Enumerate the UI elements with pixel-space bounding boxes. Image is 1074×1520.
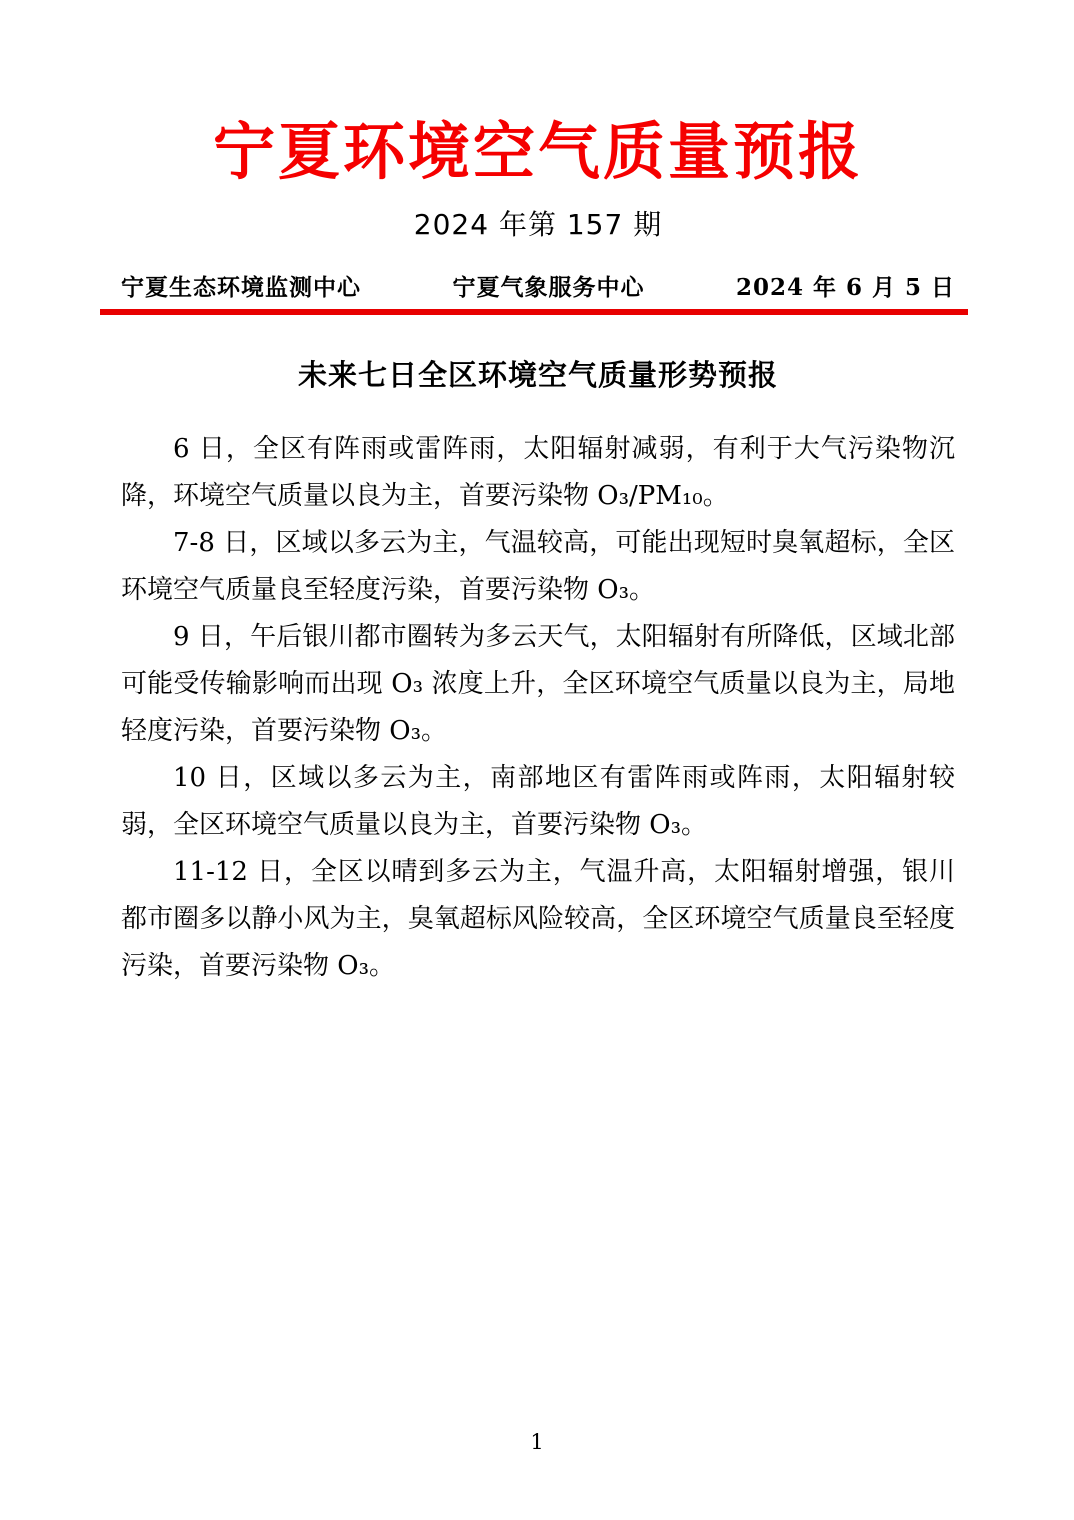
document-page: 宁夏环境空气质量预报 2024 年第 157 期 宁夏生态环境监测中心 宁夏气象… — [0, 0, 1074, 1520]
forecast-paragraph-day11-12: 11-12 日，全区以晴到多云为主，气温升高，太阳辐射增强，银川都市圈多以静小风… — [121, 849, 955, 990]
page-number: 1 — [0, 1430, 1074, 1454]
section-heading: 未来七日全区环境空气质量形势预报 — [121, 353, 955, 394]
red-divider-rule — [100, 309, 968, 315]
agency-name-meteorological-center: 宁夏气象服务中心 — [452, 269, 644, 302]
document-title: 宁夏环境空气质量预报 — [121, 116, 955, 187]
forecast-paragraph-day6: 6 日，全区有阵雨或雷阵雨，太阳辐射减弱，有利于大气污染物沉降，环境空气质量以良… — [121, 426, 955, 520]
page-content: 宁夏环境空气质量预报 2024 年第 157 期 宁夏生态环境监测中心 宁夏气象… — [0, 116, 1074, 990]
agency-header-row: 宁夏生态环境监测中心 宁夏气象服务中心 2024 年 6 月 5 日 — [121, 269, 955, 302]
forecast-paragraph-day10: 10 日，区域以多云为主，南部地区有雷阵雨或阵雨，太阳辐射较弱，全区环境空气质量… — [121, 755, 955, 849]
forecast-paragraph-day9: 9 日，午后银川都市圈转为多云天气，太阳辐射有所降低，区域北部可能受传输影响而出… — [121, 614, 955, 755]
agency-name-monitoring-center: 宁夏生态环境监测中心 — [121, 269, 361, 302]
issue-date: 2024 年 6 月 5 日 — [736, 269, 955, 302]
forecast-paragraph-day7-8: 7-8 日，区域以多云为主，气温较高，可能出现短时臭氧超标，全区环境空气质量良至… — [121, 520, 955, 614]
issue-number: 2024 年第 157 期 — [121, 203, 955, 243]
forecast-body: 6 日，全区有阵雨或雷阵雨，太阳辐射减弱，有利于大气污染物沉降，环境空气质量以良… — [121, 426, 955, 990]
